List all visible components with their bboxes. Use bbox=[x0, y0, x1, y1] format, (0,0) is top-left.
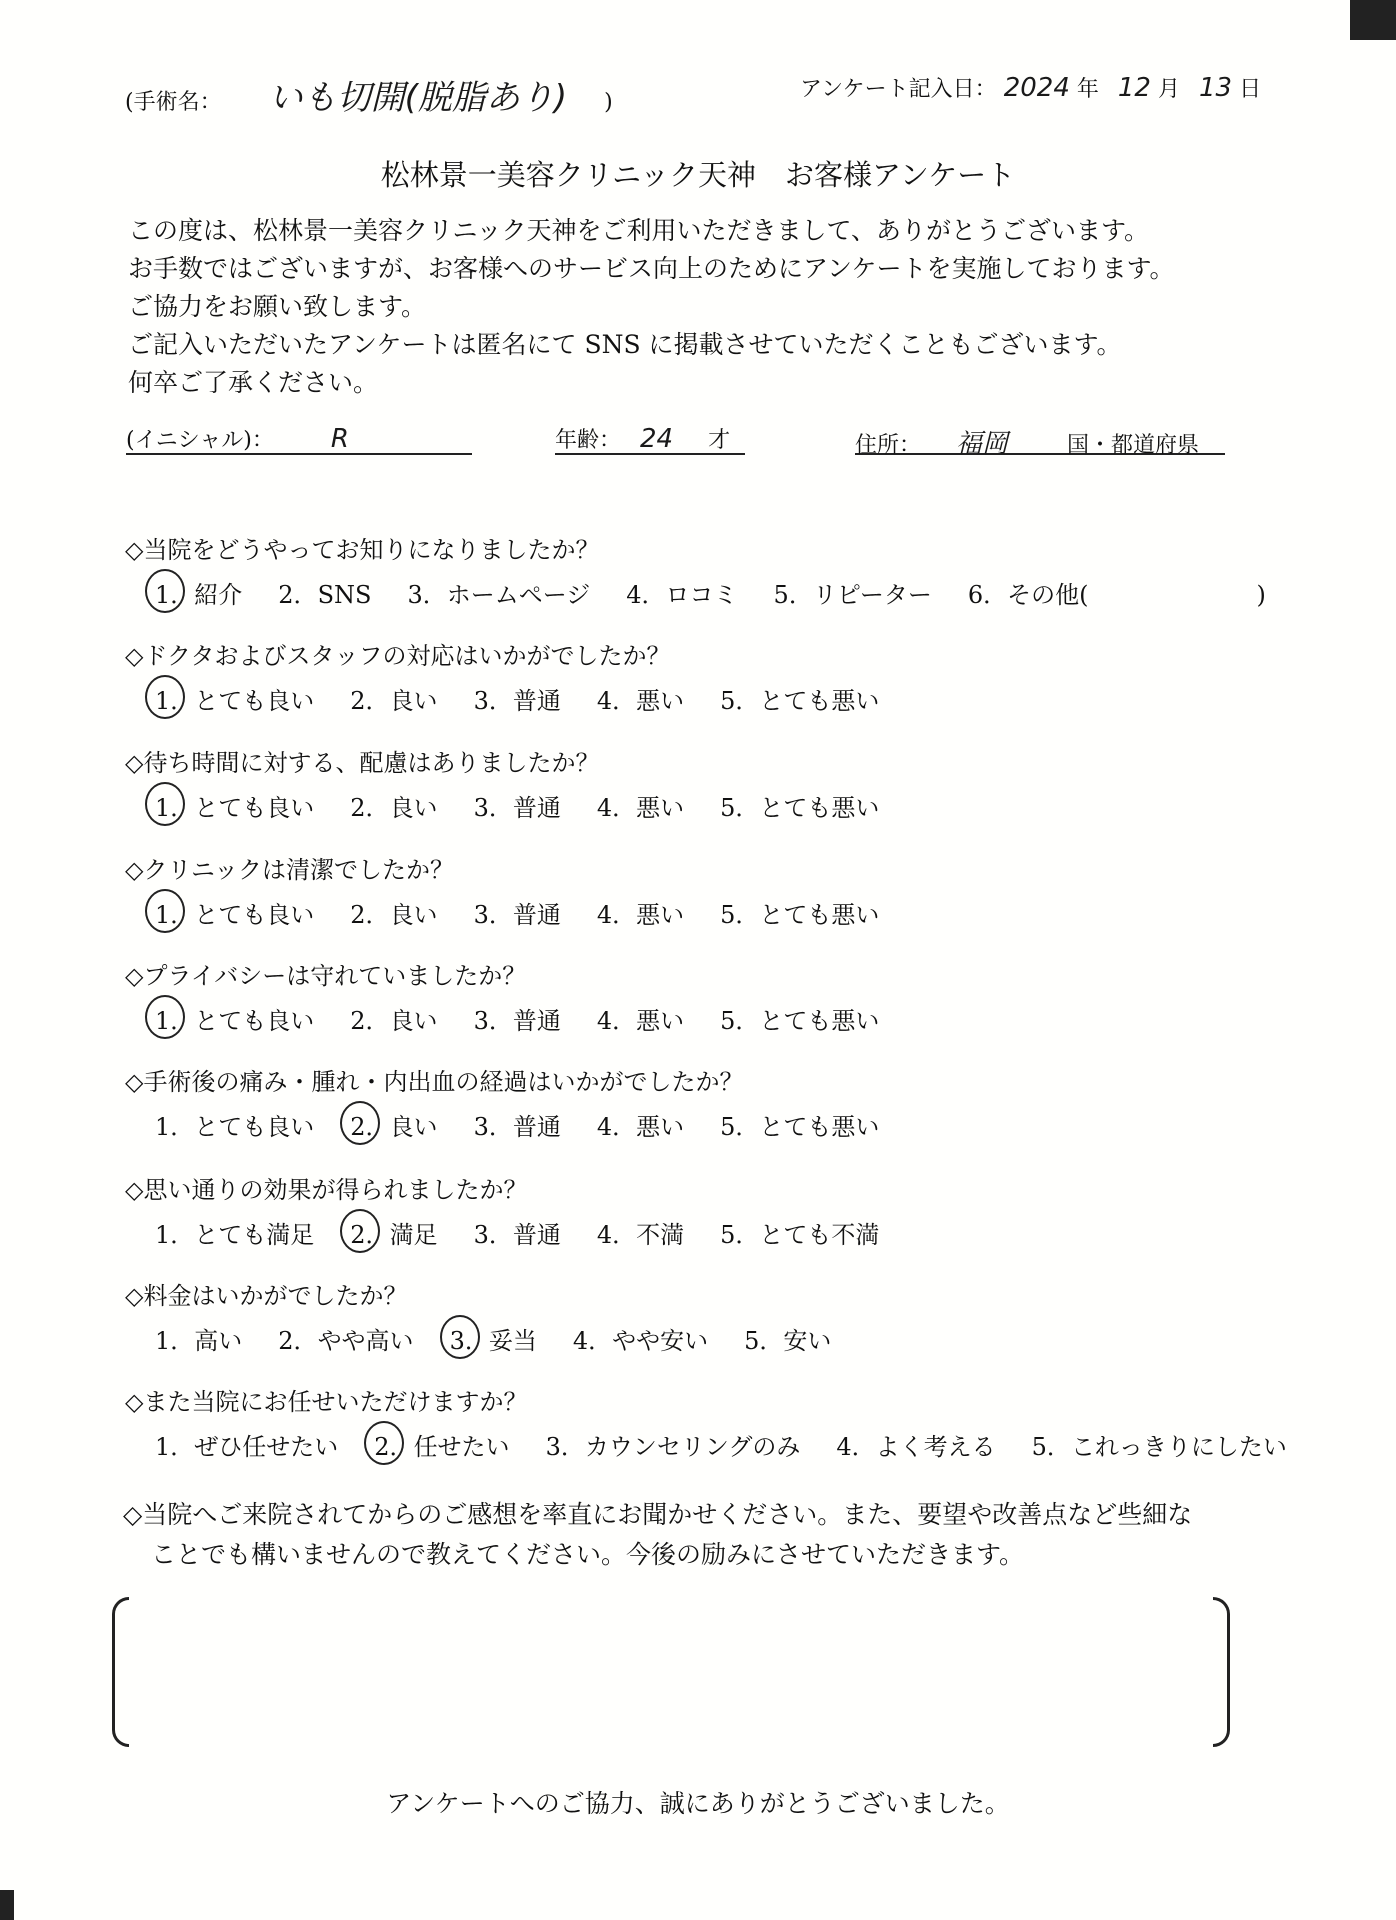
option-number: 4． bbox=[597, 895, 636, 930]
option-label: 良い bbox=[390, 687, 438, 715]
answer-option[interactable]: 2．満足 bbox=[350, 1215, 437, 1250]
option-number: 3． bbox=[474, 1215, 513, 1250]
option-label: 高い bbox=[194, 1327, 242, 1355]
question-title: ◇クリニックは清潔でしたか？ bbox=[125, 850, 915, 885]
question-title: ◇プライバシーは守れていましたか？ bbox=[125, 956, 915, 991]
option-number: 3． bbox=[474, 1107, 513, 1142]
option-label: これっきりにしたい bbox=[1071, 1433, 1287, 1461]
option-number: 1． bbox=[155, 788, 194, 823]
answer-option[interactable]: 5．とても悪い bbox=[720, 681, 879, 716]
option-label: とても良い bbox=[194, 1113, 314, 1141]
question-block: ◇当院をどうやってお知りになりましたか？1．紹介2．SNS3．ホームページ4．ロ… bbox=[125, 530, 1302, 610]
answer-option[interactable]: 1．とても満足 bbox=[155, 1215, 314, 1250]
answer-option[interactable]: 2．良い bbox=[350, 1107, 437, 1142]
option-number: 3． bbox=[474, 681, 513, 716]
answer-option[interactable]: 3．普通 bbox=[474, 788, 561, 823]
comment-prompt-line: ◇当院へご来院されてからのご感想を率直にお聞かせください。また、要望や改善点など… bbox=[123, 1495, 1192, 1535]
answer-option[interactable]: 2．任せたい bbox=[374, 1427, 509, 1462]
option-label: 紹介 bbox=[194, 581, 242, 609]
option-label: 安い bbox=[783, 1327, 831, 1355]
option-number: 4． bbox=[836, 1427, 875, 1462]
question-block: ◇ドクタおよびスタッフの対応はいかがでしたか？1．とても良い2．良い3．普通4．… bbox=[125, 636, 915, 716]
surgery-label: (手術名： bbox=[125, 90, 222, 115]
option-number: 3． bbox=[450, 1321, 489, 1356]
option-number: 3． bbox=[474, 895, 513, 930]
option-number: 4． bbox=[573, 1321, 612, 1356]
answer-options: 1．とても良い2．良い3．普通4．悪い5．とても悪い bbox=[155, 1001, 915, 1036]
option-label: とても良い bbox=[194, 901, 314, 929]
answer-option[interactable]: 1．とても良い bbox=[155, 1001, 314, 1036]
answer-option[interactable]: 3．普通 bbox=[474, 895, 561, 930]
answer-option[interactable]: 1．とても良い bbox=[155, 788, 314, 823]
option-label: 良い bbox=[390, 901, 438, 929]
option-label: やや高い bbox=[318, 1327, 414, 1355]
answer-option[interactable]: 4．ロコミ bbox=[626, 575, 737, 610]
option-label: 良い bbox=[390, 1007, 438, 1035]
answer-option[interactable]: 4．不満 bbox=[597, 1215, 684, 1250]
surgery-name-field: (手術名： いも切開(脱脂あり) ) bbox=[125, 70, 613, 119]
option-number: 5． bbox=[720, 1107, 759, 1142]
answer-option[interactable]: 6．その他( ) bbox=[968, 575, 1266, 610]
option-number: 1． bbox=[155, 1215, 194, 1250]
option-number: 4． bbox=[597, 1215, 636, 1250]
option-number: 3． bbox=[474, 1001, 513, 1036]
answer-option[interactable]: 3．ホームページ bbox=[407, 575, 590, 610]
option-label: とても悪い bbox=[759, 794, 879, 822]
answer-option[interactable]: 3．普通 bbox=[474, 681, 561, 716]
option-label: ロコミ bbox=[666, 581, 738, 609]
option-label: 良い bbox=[390, 794, 438, 822]
option-number: 2． bbox=[278, 575, 317, 610]
option-label: 良い bbox=[390, 1113, 438, 1141]
answer-option[interactable]: 2．良い bbox=[350, 681, 437, 716]
question-block: ◇クリニックは清潔でしたか？1．とても良い2．良い3．普通4．悪い5．とても悪い bbox=[125, 850, 915, 930]
scan-edge-mark bbox=[1350, 0, 1396, 40]
answer-options: 1．とても良い2．良い3．普通4．悪い5．とても悪い bbox=[155, 788, 915, 823]
question-title: ◇待ち時間に対する、配慮はありましたか？ bbox=[125, 743, 915, 778]
answer-option[interactable]: 3．カウンセリングのみ bbox=[546, 1427, 801, 1462]
answer-option[interactable]: 4．悪い bbox=[597, 1107, 684, 1142]
option-number: 4． bbox=[597, 1107, 636, 1142]
answer-option[interactable]: 5．とても悪い bbox=[720, 1107, 879, 1142]
option-number: 2． bbox=[350, 681, 389, 716]
answer-option[interactable]: 5．とても悪い bbox=[720, 788, 879, 823]
answer-options: 1．ぜひ任せたい2．任せたい3．カウンセリングのみ4．よく考える5．これっきりに… bbox=[155, 1427, 1323, 1462]
answer-options: 1．とても良い2．良い3．普通4．悪い5．とても悪い bbox=[155, 1107, 915, 1142]
answer-options: 1．紹介2．SNS3．ホームページ4．ロコミ5．リピーター6．その他( ) bbox=[155, 575, 1302, 610]
option-label: とても不満 bbox=[759, 1221, 879, 1249]
option-label: 任せたい bbox=[414, 1433, 510, 1461]
initial-field: (イニシャル)： R bbox=[126, 423, 472, 455]
option-label: その他( ) bbox=[1007, 581, 1266, 609]
option-number: 2． bbox=[350, 788, 389, 823]
option-number: 3． bbox=[546, 1427, 585, 1462]
question-block: ◇プライバシーは守れていましたか？1．とても良い2．良い3．普通4．悪い5．とて… bbox=[125, 956, 915, 1036]
option-label: とても良い bbox=[194, 687, 314, 715]
option-number: 2． bbox=[350, 1215, 389, 1250]
question-title: ◇当院をどうやってお知りになりましたか？ bbox=[125, 530, 1302, 565]
comment-prompt: ◇当院へご来院されてからのご感想を率直にお聞かせください。また、要望や改善点など… bbox=[123, 1495, 1192, 1575]
answer-option[interactable]: 3．普通 bbox=[474, 1107, 561, 1142]
answer-option[interactable]: 2．良い bbox=[350, 788, 437, 823]
address-unit: 国・都道府県 bbox=[1067, 433, 1199, 458]
option-label: ホームページ bbox=[447, 581, 591, 609]
answer-option[interactable]: 2．良い bbox=[350, 895, 437, 930]
year-unit: 年 bbox=[1077, 77, 1099, 102]
survey-date-field: アンケート記入日： 2024 年 12 月 13 日 bbox=[800, 72, 1261, 103]
answer-option[interactable]: 2．やや高い bbox=[278, 1321, 413, 1356]
option-label: 悪い bbox=[636, 1113, 684, 1141]
option-number: 5． bbox=[720, 788, 759, 823]
date-day[interactable]: 13 bbox=[1199, 73, 1232, 103]
question-block: ◇思い通りの効果が得られましたか？1．とても満足2．満足3．普通4．不満5．とて… bbox=[125, 1170, 915, 1250]
answer-option[interactable]: 5．これっきりにしたい bbox=[1032, 1427, 1287, 1462]
option-label: 普通 bbox=[513, 687, 561, 715]
option-number: 1． bbox=[155, 1427, 194, 1462]
option-label: とても良い bbox=[194, 794, 314, 822]
answer-option[interactable]: 1．とても良い bbox=[155, 895, 314, 930]
option-number: 4． bbox=[597, 1001, 636, 1036]
option-number: 5． bbox=[720, 895, 759, 930]
option-label: とても悪い bbox=[759, 1113, 879, 1141]
option-label: とても悪い bbox=[759, 901, 879, 929]
question-title: ◇また当院にお任せいただけますか？ bbox=[125, 1382, 1323, 1417]
option-number: 5． bbox=[720, 1215, 759, 1250]
option-label: 悪い bbox=[636, 687, 684, 715]
answer-options: 1．とても満足2．満足3．普通4．不満5．とても不満 bbox=[155, 1215, 915, 1250]
answer-option[interactable]: 1．とても良い bbox=[155, 681, 314, 716]
option-number: 1． bbox=[155, 575, 194, 610]
option-label: 不満 bbox=[636, 1221, 684, 1249]
option-label: とても悪い bbox=[759, 1007, 879, 1035]
age-field: 年齢： 24 才 bbox=[555, 423, 745, 455]
option-number: 6． bbox=[968, 575, 1007, 610]
option-number: 1． bbox=[155, 1001, 194, 1036]
option-number: 2． bbox=[350, 895, 389, 930]
surgery-close: ) bbox=[604, 90, 613, 115]
option-number: 5． bbox=[1032, 1427, 1071, 1462]
intro-line: ご記入いただいたアンケートは匿名にて SNS に掲載させていただくこともございま… bbox=[128, 326, 1175, 364]
option-label: 普通 bbox=[513, 901, 561, 929]
option-label: 悪い bbox=[636, 794, 684, 822]
answer-option[interactable]: 4．悪い bbox=[597, 1001, 684, 1036]
answer-option[interactable]: 2．良い bbox=[350, 1001, 437, 1036]
option-label: リピーター bbox=[813, 581, 932, 609]
left-bracket bbox=[112, 1597, 129, 1747]
right-bracket bbox=[1213, 1597, 1230, 1747]
answer-options: 1．高い2．やや高い3．妥当4．やや安い5．安い bbox=[155, 1321, 867, 1356]
question-block: ◇手術後の痛み・腫れ・内出血の経過はいかがでしたか？1．とても良い2．良い3．普… bbox=[125, 1062, 915, 1142]
age-label: 年齢： bbox=[555, 428, 621, 453]
answer-option[interactable]: 1．高い bbox=[155, 1321, 242, 1356]
answer-option[interactable]: 5．リピーター bbox=[774, 575, 932, 610]
answer-option[interactable]: 1．ぜひ任せたい bbox=[155, 1427, 338, 1462]
answer-options: 1．とても良い2．良い3．普通4．悪い5．とても悪い bbox=[155, 681, 915, 716]
option-number: 2． bbox=[350, 1107, 389, 1142]
answer-option[interactable]: 4．悪い bbox=[597, 895, 684, 930]
answer-option[interactable]: 5．とても悪い bbox=[720, 895, 879, 930]
answer-option[interactable]: 2．SNS bbox=[278, 575, 371, 610]
option-number: 2． bbox=[350, 1001, 389, 1036]
option-label: SNS bbox=[318, 581, 372, 609]
month-unit: 月 bbox=[1158, 77, 1180, 102]
intro-line: 何卒ご了承ください。 bbox=[128, 364, 1175, 402]
question-title: ◇料金はいかがでしたか？ bbox=[125, 1276, 867, 1311]
option-number: 3． bbox=[474, 788, 513, 823]
intro-line: ご協力をお願い致します。 bbox=[128, 288, 1175, 326]
question-title: ◇ドクタおよびスタッフの対応はいかがでしたか？ bbox=[125, 636, 915, 671]
question-block: ◇料金はいかがでしたか？1．高い2．やや高い3．妥当4．やや安い5．安い bbox=[125, 1276, 867, 1356]
intro-line: お手数ではございますが、お客様へのサービス向上のためにアンケートを実施しておりま… bbox=[128, 250, 1175, 288]
question-title: ◇思い通りの効果が得られましたか？ bbox=[125, 1170, 915, 1205]
answer-options: 1．とても良い2．良い3．普通4．悪い5．とても悪い bbox=[155, 895, 915, 930]
option-label: 妥当 bbox=[489, 1327, 537, 1355]
answer-option[interactable]: 4．悪い bbox=[597, 788, 684, 823]
intro-line: この度は、松林景一美容クリニック天神をご利用いただきまして、ありがとうございます… bbox=[128, 212, 1175, 250]
option-label: 普通 bbox=[513, 794, 561, 822]
age-value[interactable]: 24 bbox=[640, 424, 673, 454]
answer-option[interactable]: 3．普通 bbox=[474, 1001, 561, 1036]
option-number: 5． bbox=[720, 681, 759, 716]
option-number: 5． bbox=[774, 575, 813, 610]
option-number: 2． bbox=[278, 1321, 317, 1356]
option-label: 悪い bbox=[636, 901, 684, 929]
option-label: 悪い bbox=[636, 1007, 684, 1035]
initial-label: (イニシャル)： bbox=[126, 428, 274, 453]
option-label: 普通 bbox=[513, 1221, 561, 1249]
comment-box[interactable] bbox=[112, 1597, 1230, 1741]
answer-option[interactable]: 5．安い bbox=[744, 1321, 831, 1356]
initial-value[interactable]: R bbox=[331, 424, 349, 454]
question-title: ◇手術後の痛み・腫れ・内出血の経過はいかがでしたか？ bbox=[125, 1062, 915, 1097]
scan-edge-mark bbox=[0, 1890, 14, 1920]
option-label: 普通 bbox=[513, 1113, 561, 1141]
option-label: カウンセリングのみ bbox=[585, 1433, 801, 1461]
option-label: よく考える bbox=[876, 1433, 996, 1461]
option-number: 4． bbox=[626, 575, 665, 610]
option-number: 4． bbox=[597, 681, 636, 716]
answer-option[interactable]: 3．普通 bbox=[474, 1215, 561, 1250]
question-block: ◇待ち時間に対する、配慮はありましたか？1．とても良い2．良い3．普通4．悪い5… bbox=[125, 743, 915, 823]
option-label: ぜひ任せたい bbox=[194, 1433, 338, 1461]
date-label: アンケート記入日： bbox=[800, 77, 997, 102]
option-number: 1． bbox=[155, 1321, 194, 1356]
day-unit: 日 bbox=[1239, 77, 1261, 102]
option-label: とても満足 bbox=[194, 1221, 314, 1249]
comment-prompt-line: ことでも構いませんので教えてください。今後の励みにさせていただきます。 bbox=[123, 1535, 1192, 1575]
answer-option[interactable]: 3．妥当 bbox=[450, 1321, 537, 1356]
answer-option[interactable]: 4．やや安い bbox=[573, 1321, 708, 1356]
answer-option[interactable]: 1．紹介 bbox=[155, 575, 242, 610]
option-number: 1． bbox=[155, 681, 194, 716]
option-label: やや安い bbox=[612, 1327, 708, 1355]
date-month[interactable]: 12 bbox=[1118, 73, 1151, 103]
option-label: 普通 bbox=[513, 1007, 561, 1035]
option-label: 満足 bbox=[390, 1221, 438, 1249]
intro-text: この度は、松林景一美容クリニック天神をご利用いただきまして、ありがとうございます… bbox=[128, 212, 1175, 402]
answer-option[interactable]: 5．とても不満 bbox=[720, 1215, 879, 1250]
surgery-value[interactable]: いも切開(脱脂あり) bbox=[269, 78, 568, 118]
answer-option[interactable]: 1．とても良い bbox=[155, 1107, 314, 1142]
option-number: 2． bbox=[374, 1427, 413, 1462]
address-value[interactable]: 福岡 bbox=[956, 429, 1008, 459]
option-number: 1． bbox=[155, 895, 194, 930]
answer-option[interactable]: 4．悪い bbox=[597, 681, 684, 716]
option-number: 3． bbox=[407, 575, 446, 610]
answer-option[interactable]: 4．よく考える bbox=[836, 1427, 995, 1462]
option-number: 5． bbox=[720, 1001, 759, 1036]
question-block: ◇また当院にお任せいただけますか？1．ぜひ任せたい2．任せたい3．カウンセリング… bbox=[125, 1382, 1323, 1462]
thank-you-text: アンケートへのご協力、誠にありがとうございました。 bbox=[0, 1784, 1396, 1820]
address-label: 住所： bbox=[855, 433, 921, 458]
address-field: 住所： 福岡 国・都道府県 bbox=[855, 423, 1225, 455]
age-unit: 才 bbox=[708, 428, 730, 453]
answer-option[interactable]: 5．とても悪い bbox=[720, 1001, 879, 1036]
option-number: 5． bbox=[744, 1321, 783, 1356]
option-number: 1． bbox=[155, 1107, 194, 1142]
option-number: 4． bbox=[597, 788, 636, 823]
option-label: とても良い bbox=[194, 1007, 314, 1035]
option-label: とても悪い bbox=[759, 687, 879, 715]
date-year[interactable]: 2024 bbox=[1004, 73, 1070, 103]
page-title: 松林景一美容クリニック天神 お客様アンケート bbox=[0, 153, 1396, 194]
